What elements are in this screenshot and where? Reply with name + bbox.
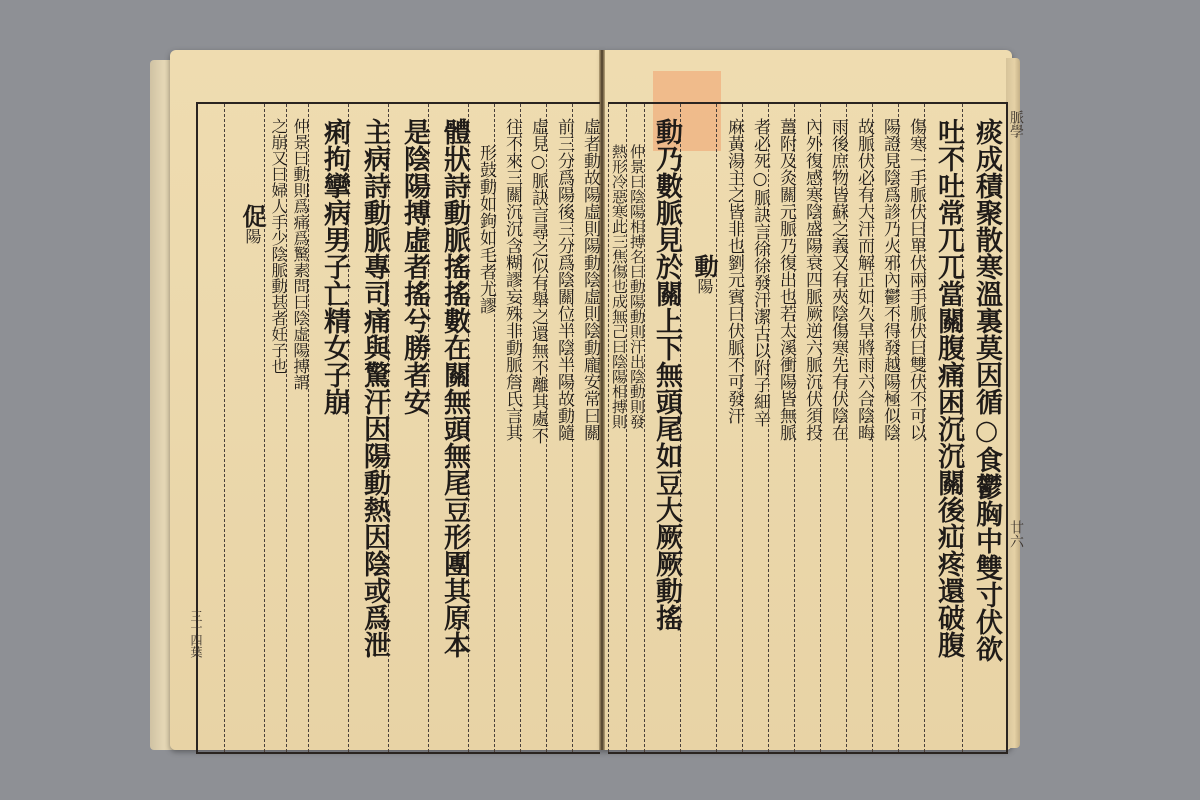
- left-page-frame: 虛者動故陽虛則陽動陰虛則陰動龐安常曰關 前三分爲陽後三分爲陰關位半陰半陽故動隨 …: [196, 102, 600, 754]
- commentary-column: 薑附及灸關元脈乃復出也若太溪衝陽皆無脈: [768, 104, 794, 752]
- text-column: 痢拘攣病男子亡精女子崩: [308, 104, 348, 752]
- heading-sub: 陽: [695, 278, 714, 294]
- text-column: 是陰陽搏虛者搖兮勝者安: [388, 104, 428, 752]
- commentary-column: 之崩又曰婦人手少陰脈動甚者妊子也: [264, 104, 286, 752]
- text-column: 痰成積聚散寒溫裏莫因循○食鬱胸中雙寸伏欲: [962, 104, 1000, 752]
- heading-text: 促: [238, 204, 267, 228]
- margin-page-number: 廿六: [1006, 520, 1026, 548]
- commentary-column: 熱形冷惡寒此三焦傷也成無己曰陰陽相搏則: [608, 104, 626, 752]
- commentary-column: 仲景曰動則爲痛爲驚素問曰陰虛陽搏謂: [286, 104, 308, 752]
- commentary-column: 仲景曰陰陽相搏名曰動陽動則汗出陰動則發: [626, 104, 644, 752]
- commentary-column: 往不來三關沉沉含糊謬妄殊非動脈詹氏言其: [494, 104, 520, 752]
- text-column: 主病詩動脈專司痛與驚汗因陽動熱因陰或爲泄: [348, 104, 388, 752]
- commentary-column: 雨後庶物皆蘇之義又有夾陰傷寒先有伏陰在: [820, 104, 846, 752]
- commentary-column: 前三分爲陽後三分爲陰關位半陰半陽故動隨: [546, 104, 572, 752]
- heading-sub: 陽: [243, 228, 262, 244]
- margin-title: 脈學: [1006, 110, 1026, 138]
- heading-text: 動: [690, 254, 719, 278]
- right-page-frame: 痰成積聚散寒溫裏莫因循○食鬱胸中雙寸伏欲 吐不吐常兀兀當關腹痛困沉沉關後疝疼還破…: [608, 102, 1008, 754]
- commentary-column: 故脈伏必有大汗而解正如久旱將雨六合陰晦: [846, 104, 872, 752]
- text-column: 吐不吐常兀兀當關腹痛困沉沉關後疝疼還破腹: [924, 104, 962, 752]
- text-column: 動乃數脈見於關上下無頭尾如豆大厥厥動搖: [644, 104, 680, 752]
- commentary-column: 虛者動故陽虛則陽動陰虛則陰動龐安常曰關: [572, 104, 598, 752]
- commentary-column: 陽證見陰爲診乃火邪內鬱不得發越陽極似陰: [872, 104, 898, 752]
- commentary-column: 麻黃湯主之皆非也劉元賓曰伏脈不可發汗: [716, 104, 742, 752]
- page-edges-right: [1006, 58, 1020, 748]
- commentary-column: 傷寒一手脈伏曰單伏兩手脈伏曰雙伏不可以: [898, 104, 924, 752]
- commentary-column: 者必死○脈訣言徐徐發汗潔古以附子細辛: [742, 104, 768, 752]
- text-column: 體狀詩動脈搖搖數在關無頭無尾豆形團其原本: [428, 104, 468, 752]
- commentary-column: 形鼓動如鉤如毛者尤謬: [468, 104, 494, 752]
- open-book: 痰成積聚散寒溫裏莫因循○食鬱胸中雙寸伏欲 吐不吐常兀兀當關腹痛困沉沉關後疝疼還破…: [150, 50, 1020, 760]
- commentary-column: 虛見○脈訣言尋之似有舉之還無不離其處不: [520, 104, 546, 752]
- section-heading-dong: 動陽: [680, 104, 716, 752]
- commentary-column: 內外復感寒陰盛陽衰四脈厥逆六脈沉伏須投: [794, 104, 820, 752]
- margin-leaf-number: 三十四葉: [188, 610, 205, 658]
- section-heading-cu: 促陽: [224, 104, 264, 752]
